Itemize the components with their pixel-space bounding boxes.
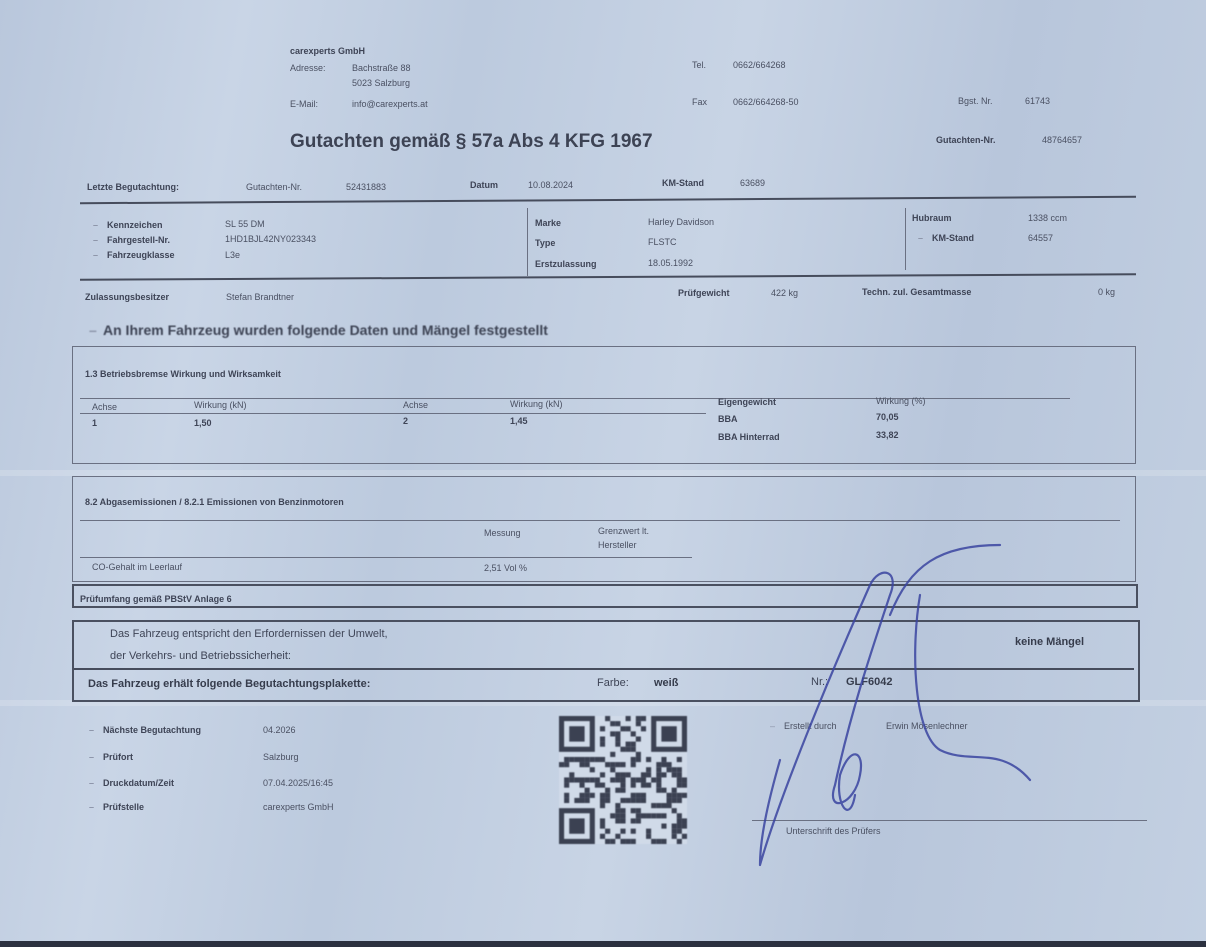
naechste-value: 04.2026 bbox=[263, 725, 296, 735]
tel-value: 0662/664268 bbox=[733, 60, 786, 70]
farbe-label: Farbe: bbox=[597, 677, 629, 689]
gutachten-nr-value: 48764657 bbox=[1042, 135, 1082, 145]
hubraum-label: Hubraum bbox=[912, 213, 952, 223]
fax-label: Fax bbox=[692, 97, 707, 107]
qr-code bbox=[557, 716, 689, 844]
bba-label: BBA bbox=[718, 414, 738, 424]
last-gutachten-nr-label: Gutachten-Nr. bbox=[246, 182, 302, 192]
pruefstelle-value: carexperts GmbH bbox=[263, 802, 334, 812]
plakette-nr-label: Nr.: bbox=[811, 676, 828, 688]
farbe-value: weiß bbox=[654, 677, 678, 689]
pruefort-label: Prüfort bbox=[103, 752, 133, 762]
brake-header-achse-2: Achse bbox=[403, 400, 428, 410]
eigengewicht-label: Eigengewicht bbox=[718, 397, 776, 407]
verdict: keine Mängel bbox=[1015, 636, 1084, 648]
gesamtmasse-value: 0 kg bbox=[1098, 287, 1115, 297]
divider bbox=[74, 668, 1134, 670]
last-km-label: KM-Stand bbox=[662, 178, 704, 188]
fax-value: 0662/664268-50 bbox=[733, 97, 799, 107]
divider bbox=[80, 413, 706, 414]
fahrgestell-label: Fahrgestell-Nr. bbox=[107, 235, 170, 245]
wirkung-percent-label: Wirkung (%) bbox=[876, 396, 926, 406]
erstzulassung-label: Erstzulassung bbox=[535, 259, 597, 269]
emissions-section-title: 8.2 Abgasemissionen / 8.2.1 Emissionen v… bbox=[85, 497, 344, 507]
last-inspection-label: Letzte Begutachtung: bbox=[87, 182, 179, 192]
signature-label: Unterschrift des Prüfers bbox=[786, 826, 881, 836]
kennzeichen-value: SL 55 DM bbox=[225, 219, 265, 229]
divider bbox=[80, 196, 1136, 204]
gutachten-nr-label: Gutachten-Nr. bbox=[936, 135, 996, 145]
co-row-label: CO-Gehalt im Leerlauf bbox=[92, 562, 182, 572]
bba-value: 70,05 bbox=[876, 412, 899, 422]
brake-cell: 1,50 bbox=[194, 418, 212, 428]
pruefgewicht-value: 422 kg bbox=[771, 288, 798, 298]
tel-label: Tel. bbox=[692, 60, 706, 70]
document-title: Gutachten gemäß § 57a Abs 4 KFG 1967 bbox=[290, 131, 653, 153]
scope-box bbox=[72, 584, 1138, 608]
last-datum-value: 10.08.2024 bbox=[528, 180, 573, 190]
type-label: Type bbox=[535, 238, 555, 248]
plakette-nr-value: GLF6042 bbox=[846, 676, 892, 688]
erstellt-value: Erwin Mösenlechner bbox=[886, 721, 968, 731]
messung-label: Messung bbox=[484, 528, 521, 538]
divider bbox=[527, 208, 528, 276]
divider bbox=[905, 208, 906, 270]
kennzeichen-label: Kennzeichen bbox=[107, 220, 163, 230]
naechste-label: Nächste Begutachtung bbox=[103, 725, 201, 735]
brake-header-wirkung-2: Wirkung (kN) bbox=[510, 399, 563, 409]
grenzwert-label: Grenzwert lt. Hersteller bbox=[598, 524, 678, 552]
signature-line bbox=[752, 820, 1147, 821]
bba-hinterrad-label: BBA Hinterrad bbox=[718, 432, 780, 442]
email-value: info@carexperts.at bbox=[352, 99, 428, 109]
brake-header-achse-1: Achse bbox=[92, 402, 117, 412]
bgst-label: Bgst. Nr. bbox=[958, 96, 993, 106]
scope-text: Prüfumfang gemäß PBStV Anlage 6 bbox=[80, 594, 232, 604]
result-line-2: der Verkehrs- und Betriebssicherheit: bbox=[110, 650, 291, 662]
km-label: KM-Stand bbox=[932, 233, 974, 243]
address-city: 5023 Salzburg bbox=[352, 78, 410, 88]
marke-label: Marke bbox=[535, 218, 561, 228]
klasse-label: Fahrzeugklasse bbox=[107, 250, 175, 260]
brake-cell: 1,45 bbox=[510, 416, 528, 426]
pruefgewicht-label: Prüfgewicht bbox=[678, 288, 730, 298]
address-street: Bachstraße 88 bbox=[352, 63, 411, 73]
hubraum-value: 1338 ccm bbox=[1028, 213, 1067, 223]
druckdatum-value: 07.04.2025/16:45 bbox=[263, 778, 333, 788]
fahrgestell-value: 1HD1BJL42NY023343 bbox=[225, 234, 316, 244]
plakette-label: Das Fahrzeug erhält folgende Begutachtun… bbox=[88, 678, 370, 690]
bgst-value: 61743 bbox=[1025, 96, 1050, 106]
marke-value: Harley Davidson bbox=[648, 217, 714, 227]
brake-section-title: 1.3 Betriebsbremse Wirkung und Wirksamke… bbox=[85, 369, 281, 379]
gesamtmasse-label: Techn. zul. Gesamtmasse bbox=[862, 287, 971, 297]
km-value: 64557 bbox=[1028, 233, 1053, 243]
besitzer-label: Zulassungsbesitzer bbox=[85, 292, 169, 302]
type-value: FLSTC bbox=[648, 237, 677, 247]
email-label: E-Mail: bbox=[290, 99, 318, 109]
druckdatum-label: Druckdatum/Zeit bbox=[103, 778, 174, 788]
besitzer-value: Stefan Brandtner bbox=[226, 292, 294, 302]
last-gutachten-nr-value: 52431883 bbox=[346, 182, 386, 192]
findings-heading: An Ihrem Fahrzeug wurden folgende Daten … bbox=[103, 322, 548, 338]
erstzulassung-value: 18.05.1992 bbox=[648, 258, 693, 268]
company-name: carexperts GmbH bbox=[290, 46, 365, 56]
bba-hinterrad-value: 33,82 bbox=[876, 430, 899, 440]
divider bbox=[80, 273, 1136, 281]
pruefstelle-label: Prüfstelle bbox=[103, 802, 144, 812]
result-line-1: Das Fahrzeug entspricht den Erforderniss… bbox=[110, 628, 388, 640]
erstellt-label: Erstellt durch bbox=[784, 721, 837, 731]
klasse-value: L3e bbox=[225, 250, 240, 260]
last-km-value: 63689 bbox=[740, 178, 765, 188]
divider bbox=[80, 520, 1120, 521]
pruefort-value: Salzburg bbox=[263, 752, 299, 762]
last-datum-label: Datum bbox=[470, 180, 498, 190]
photo-edge bbox=[0, 941, 1206, 947]
address-label: Adresse: bbox=[290, 63, 326, 73]
brake-cell: 2 bbox=[403, 416, 408, 426]
brake-cell: 1 bbox=[92, 418, 97, 428]
co-row-value: 2,51 Vol % bbox=[484, 563, 527, 573]
brake-header-wirkung-1: Wirkung (kN) bbox=[194, 400, 247, 410]
divider bbox=[80, 557, 692, 558]
